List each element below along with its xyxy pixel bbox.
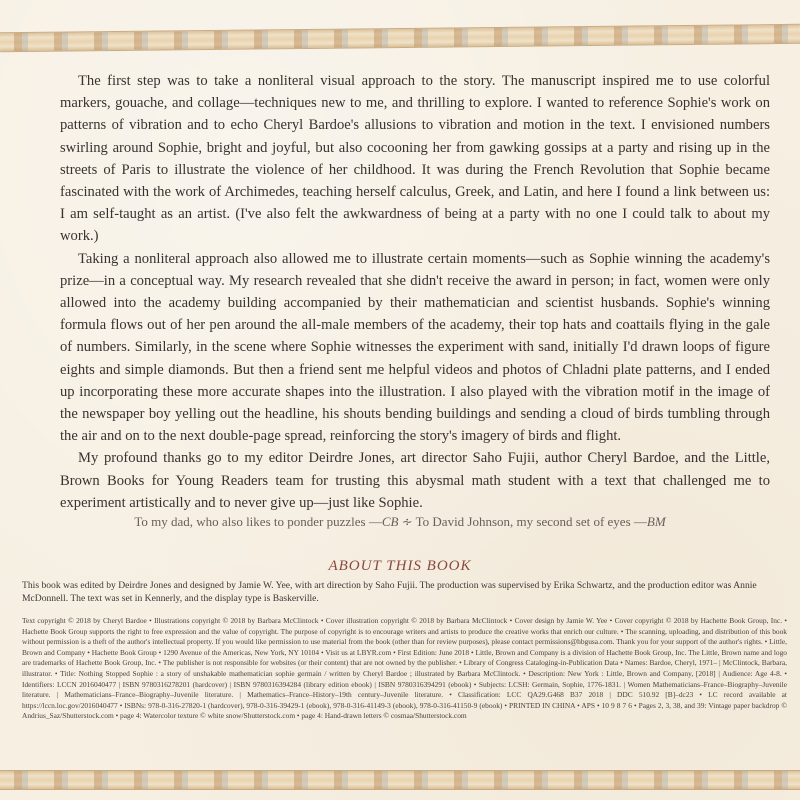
dedication-first-initials: CB xyxy=(382,514,399,529)
dedication-first: To my dad, who also likes to ponder puzz… xyxy=(134,514,382,529)
decorative-border-bottom xyxy=(0,770,800,790)
about-title: ABOUT THIS BOOK xyxy=(0,558,800,575)
essay-paragraph-1: The first step was to take a nonliteral … xyxy=(60,70,770,248)
essay-text: The first step was to take a nonliteral … xyxy=(60,70,770,514)
essay-paragraph-2: Taking a nonliteral approach also allowe… xyxy=(60,248,770,448)
dedication-separator-icon: ∻ xyxy=(398,514,415,529)
dedication-second: To David Johnson, my second set of eyes … xyxy=(416,514,647,529)
decorative-border-top xyxy=(0,24,800,52)
dedication-second-initials: BM xyxy=(647,514,666,529)
dedication: To my dad, who also likes to ponder puzz… xyxy=(60,514,740,530)
copyright-block: Text copyright © 2018 by Cheryl Bardoe •… xyxy=(22,616,787,722)
about-body: This book was edited by Deirdre Jones an… xyxy=(22,580,778,606)
essay-paragraph-3: My profound thanks go to my editor Deird… xyxy=(60,447,770,514)
